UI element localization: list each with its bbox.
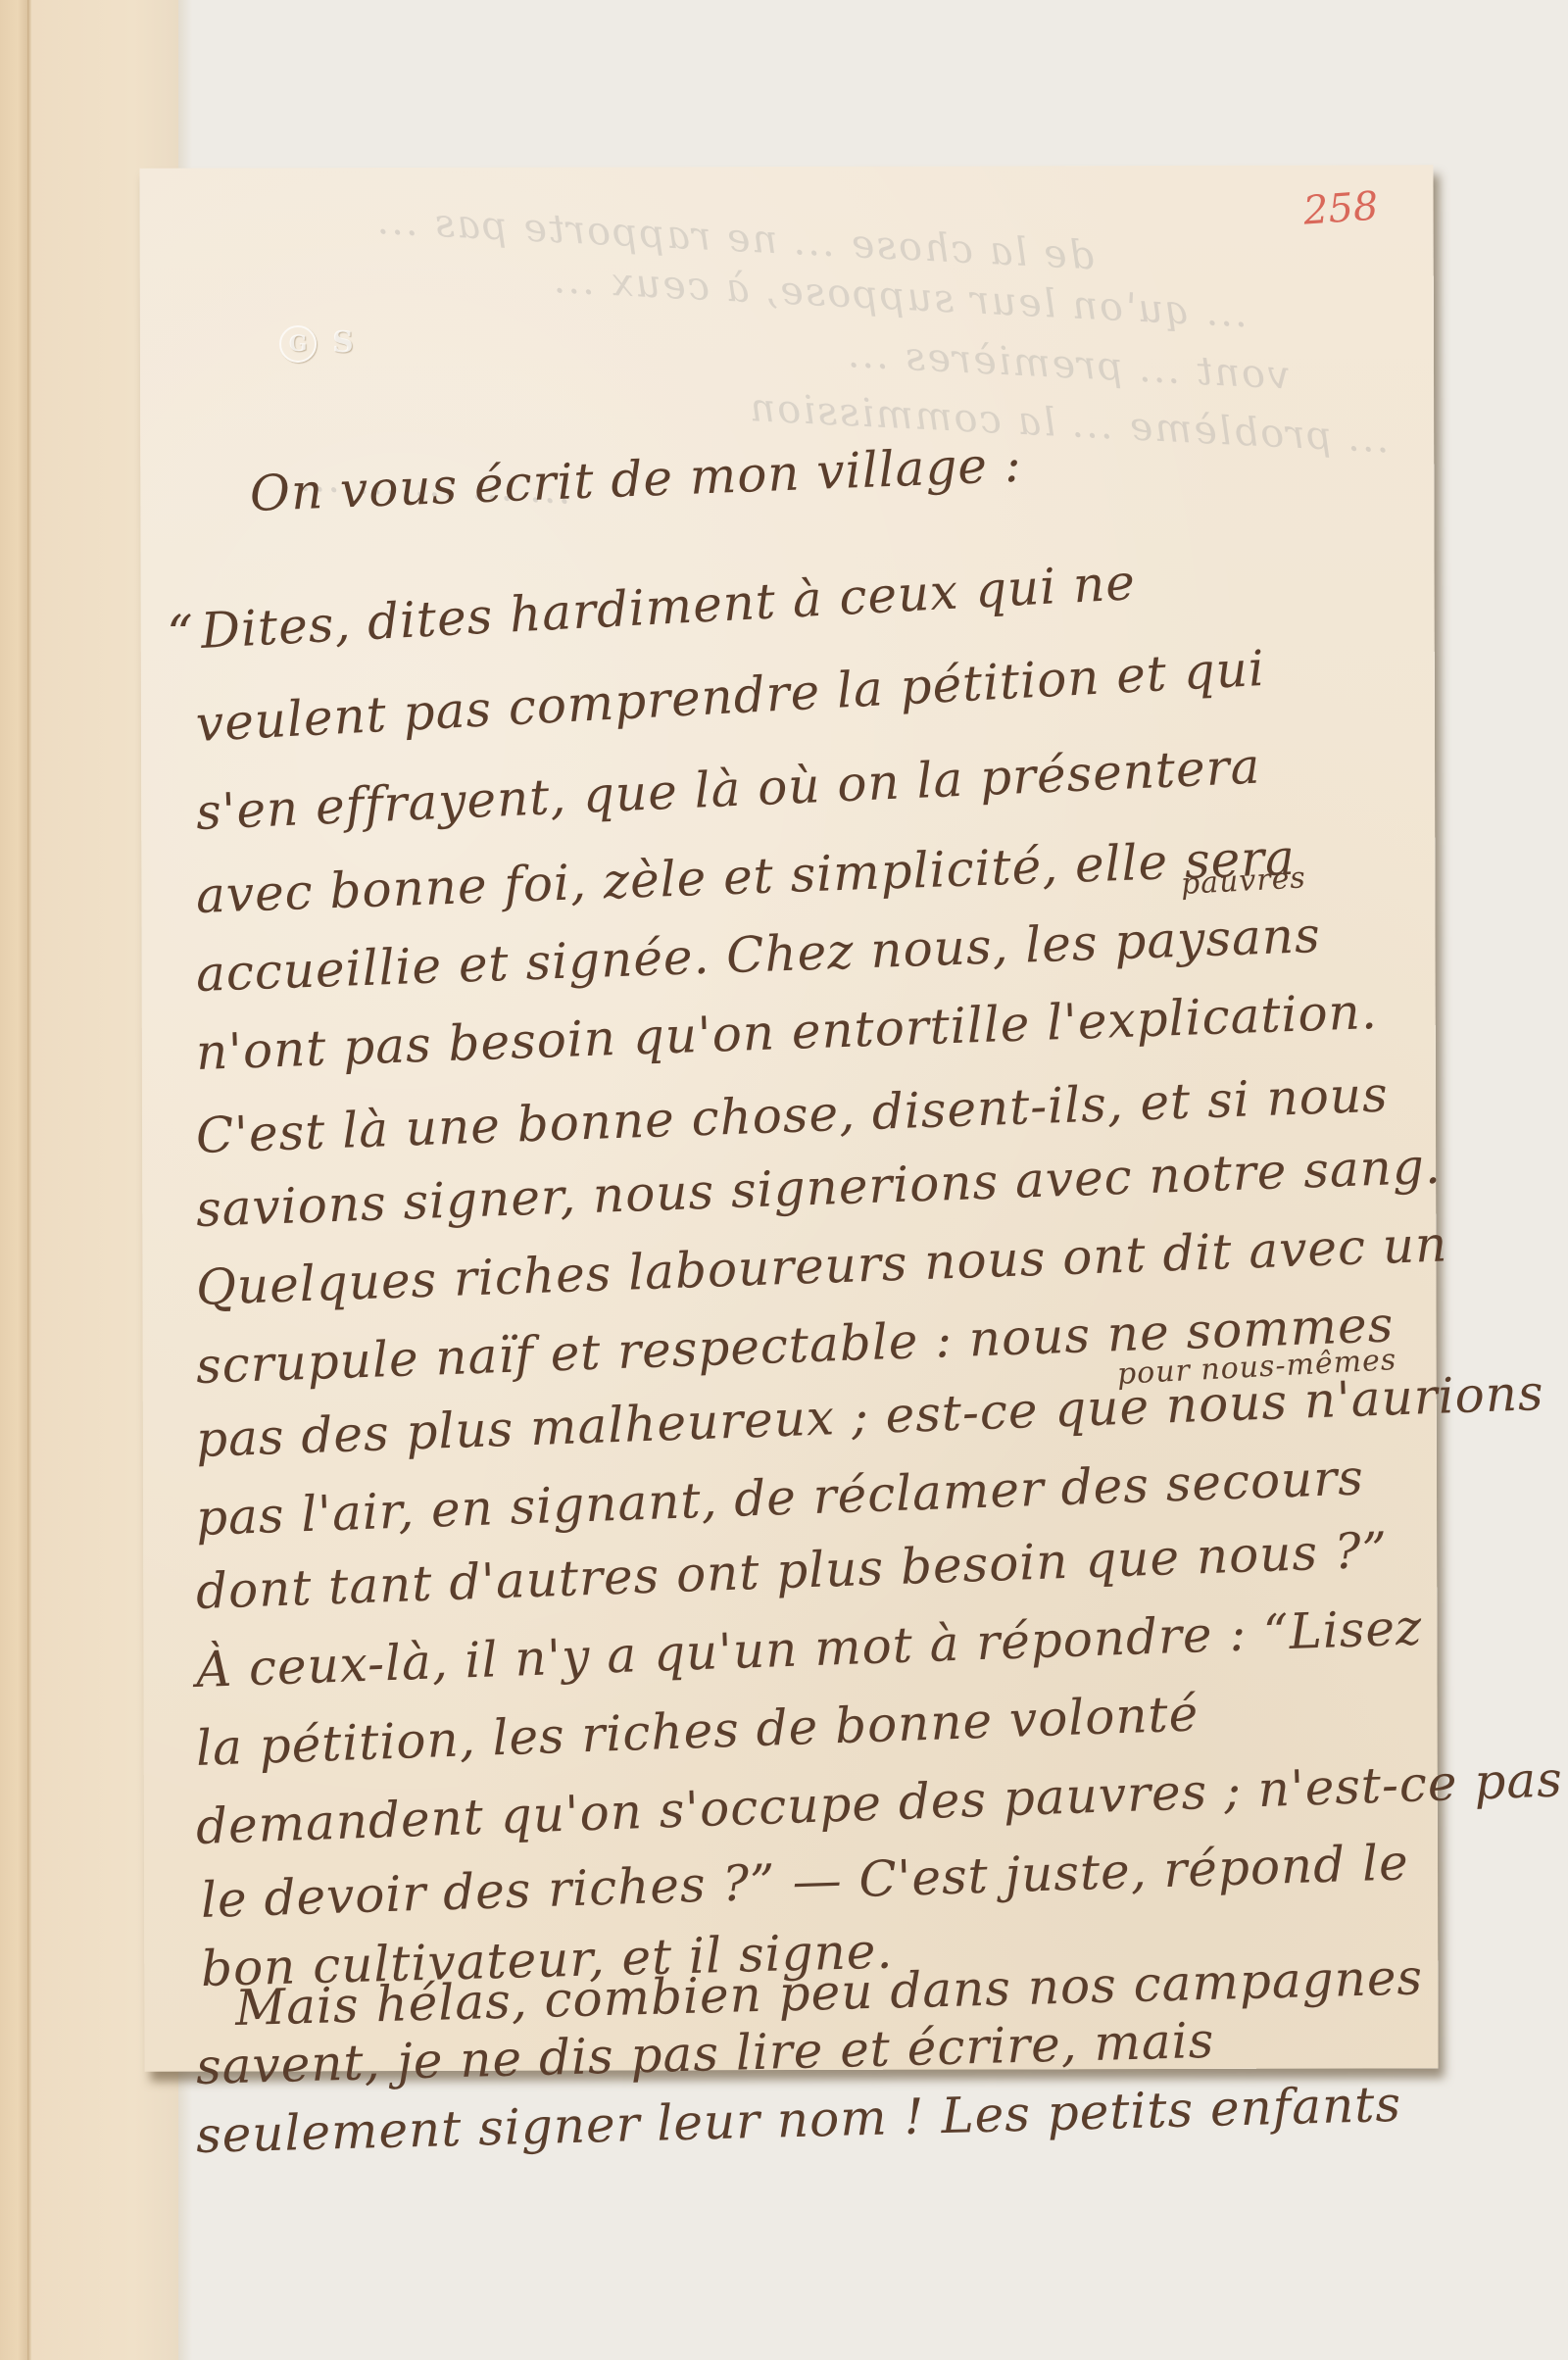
embossed-seal-icon: G (279, 325, 317, 363)
embossed-stamp: G S (279, 325, 354, 363)
folio-number: 258 (1301, 183, 1379, 233)
interlinear-insertion: pauvres (1180, 860, 1307, 902)
album-binding (0, 0, 29, 2360)
opening-quote-mark: “ (167, 606, 193, 664)
embossed-letter-icon: S (332, 325, 354, 363)
